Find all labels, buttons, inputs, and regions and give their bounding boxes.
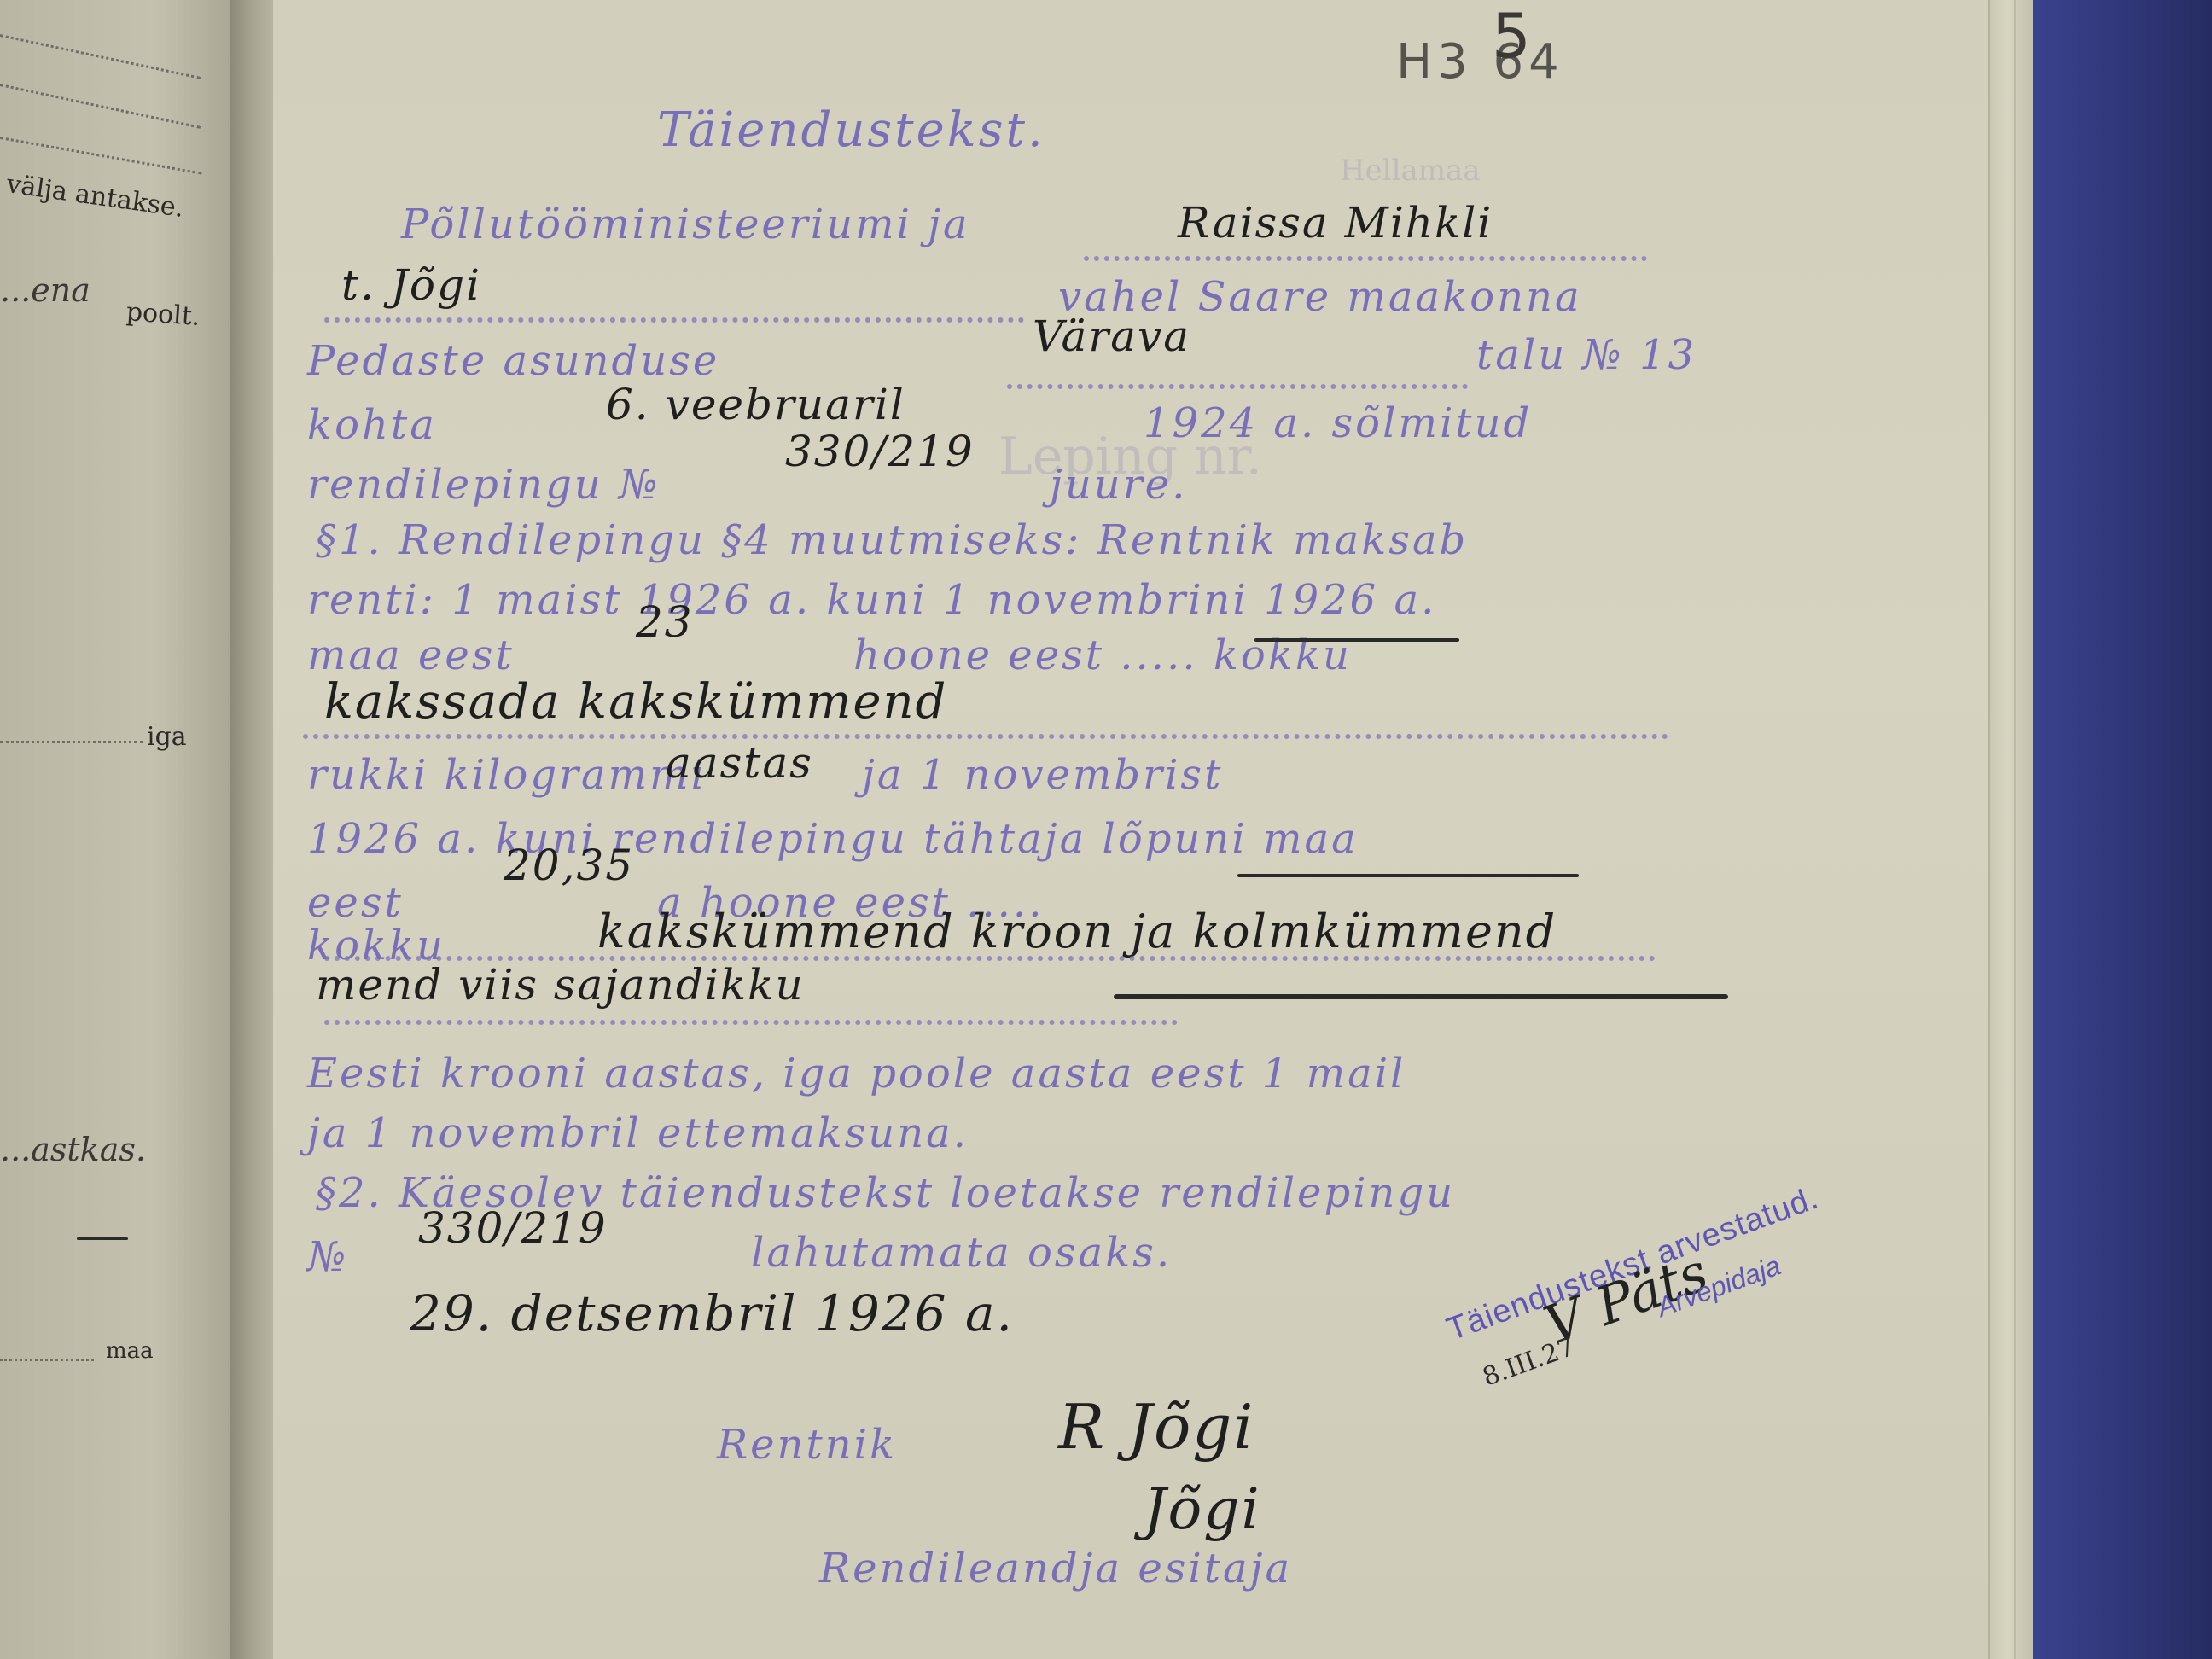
line-3-printed-post: talu № 13 [1476,331,1697,379]
line-10-printed-post: ja 1 novembrist [862,751,1223,799]
line-1-printed: Põllutööministeeriumi ja [401,201,970,248]
bleed-through-text: Hellamaa [1340,154,1481,188]
ink-dash [1254,638,1459,642]
ink-stroke [77,1237,128,1240]
line-5-printed-post: juure. [1050,461,1187,509]
printed-text-iga: iga [147,722,187,752]
line-18-printed-post: lahutamata osaks. [751,1229,1172,1277]
dotted-line [0,84,201,129]
dotted-fill-line [324,317,1024,323]
renter-label: Rentnik [717,1421,897,1469]
line-8-printed: maa eest [307,632,515,679]
dotted-fill-line [1007,384,1468,389]
printed-text-maa: maa [106,1338,154,1364]
lessor-signature: Jõgi [1144,1476,1261,1542]
dotted-line [0,1359,94,1361]
line-18-printed: № [307,1233,348,1281]
line-12-printed: eest [307,879,404,927]
line-4-printed: kohta [307,401,437,449]
line-7-printed: renti: 1 maist 1926 a. kuni 1 novembrini… [307,576,1436,624]
line-9-ink: kakssada kakskümmend [324,674,947,730]
folio-number-overwrite: 5 [1492,0,1536,72]
line-8-ink: 23 [636,597,694,647]
line-6-printed: §1. Rendilepingu §4 muutmiseks: Rentnik … [316,516,1468,564]
folio-number: H3 64 [1396,34,1564,90]
document-date: 29. detsembril 1926 a. [410,1284,1014,1342]
page-stack-edge [2014,0,2028,1659]
dotted-line [0,741,143,743]
line-2-ink: t. Jõgi [341,260,481,310]
line-3-ink: Värava [1033,311,1190,361]
line-18-ink: 330/219 [418,1203,608,1253]
line-10-ink: aastas [666,738,813,788]
blue-tablecloth [2024,0,2212,1659]
line-1-ink: Raissa Mihkli [1178,198,1493,247]
dotted-fill-line [303,734,1668,739]
renter-signature: R Jõgi [1058,1391,1254,1463]
handwritten-fragment-ena: ...ena [0,271,90,309]
line-16-printed: ja 1 novembril ettemaksuna. [307,1109,969,1157]
line-5-ink: 330/219 [785,427,975,476]
photo-scene: välja antakse. ...ena poolt. iga ...astk… [0,0,2212,1659]
dotted-line [0,34,201,79]
line-15-printed: Eesti krooni aastas, iga poole aasta ees… [307,1050,1406,1097]
line-5-printed: rendilepingu № [307,461,660,509]
lessor-label: Rendileandja esitaja [819,1545,1292,1592]
printed-text-valja-antakse: välja antakse. [5,169,186,224]
heading: Täiendustekst. [657,102,1045,158]
line-4-printed-post: 1924 a. sõlmitud [1144,399,1532,447]
line-11-printed: 1926 a. kuni rendilepingu tähtaja lõpuni… [307,815,1359,863]
ink-dash [1237,874,1579,877]
line-3-printed: Pedaste asunduse [307,337,719,385]
handwritten-fragment-astkas: ...astkas. [0,1131,146,1168]
line-14-ink: mend viis sajandikku [316,960,805,1010]
line-4-ink: 6. veebruaril [606,380,905,429]
ink-underline [1114,994,1728,999]
line-10-printed: rukki kilogrammi [307,751,707,799]
line-13-ink: kakskümmend kroon ja kolmkümmend [597,905,1557,958]
line-12-ink: 20,35 [504,841,634,890]
dotted-fill-line [1084,256,1647,261]
dotted-line [0,137,202,175]
printed-text-poolt: poolt. [125,297,201,332]
left-page: välja antakse. ...ena poolt. iga ...astk… [0,0,256,1659]
dotted-fill-line [324,1020,1178,1025]
